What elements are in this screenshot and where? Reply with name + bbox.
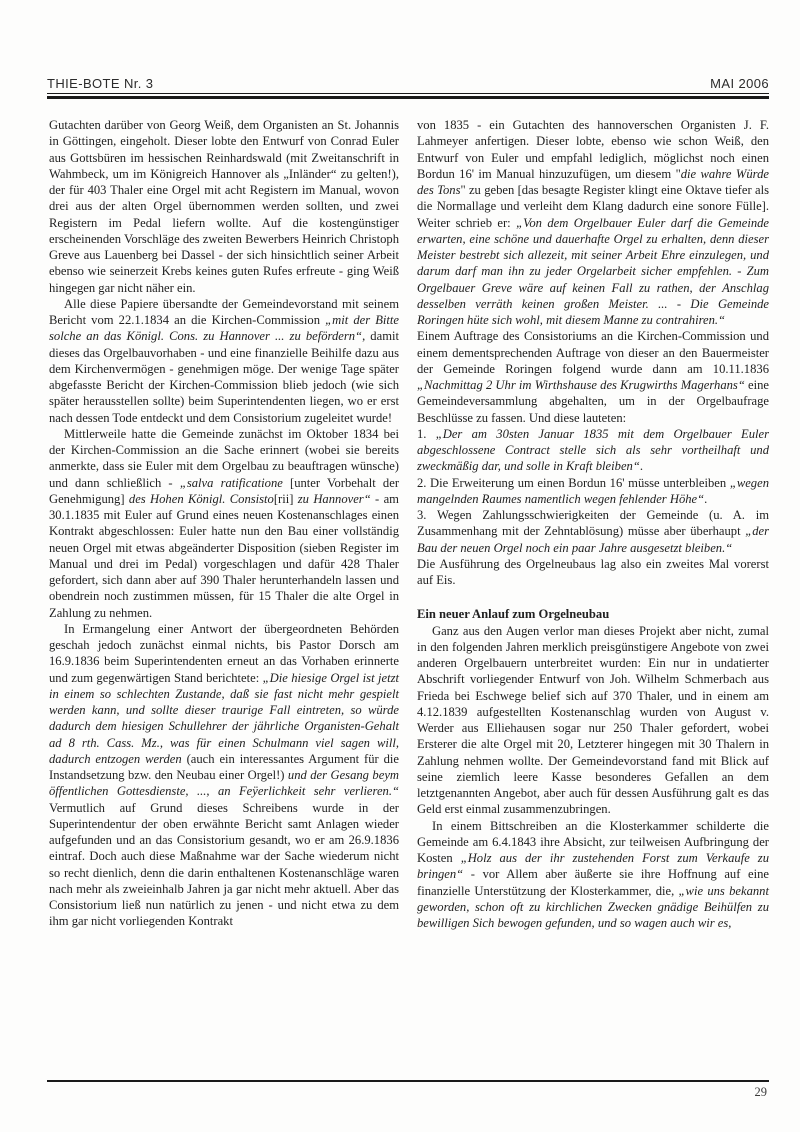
quoted-italic-text: „Der am 30sten Januar 1835 mit dem Orgel… — [417, 427, 769, 474]
body-text: 3. Wegen Zahlungsschwierigkeiten der Gem… — [417, 508, 769, 538]
body-text: 2. Die Erweiterung um einen Bordun 16' m… — [417, 476, 730, 490]
body-paragraph: 2. Die Erweiterung um einen Bordun 16' m… — [417, 475, 769, 508]
body-text: . — [640, 459, 643, 473]
header-rule-thin — [47, 93, 769, 94]
quoted-italic-text: zu Hannover“ — [293, 492, 370, 506]
scanned-document-page: THIE-BOTE Nr. 3 MAI 2006 Gutachten darüb… — [0, 0, 800, 1132]
body-paragraph: 3. Wegen Zahlungsschwierigkeiten der Gem… — [417, 507, 769, 556]
page-number: 29 — [755, 1085, 768, 1100]
body-paragraph: von 1835 - ein Gutachten des hannoversch… — [417, 117, 769, 328]
body-paragraph: Gutachten darüber von Georg Weiß, dem Or… — [49, 117, 399, 296]
issue-date: MAI 2006 — [710, 76, 769, 91]
right-text-column: von 1835 - ein Gutachten des hannoversch… — [417, 117, 769, 931]
body-paragraph: Die Ausführung des Orgelneubaus lag also… — [417, 556, 769, 589]
quoted-italic-text: des Hohen Königl. Consisto — [129, 492, 274, 506]
body-text: 1. — [417, 427, 436, 441]
quoted-italic-text: „salva ratificatione — [180, 476, 283, 490]
body-text: Die Ausführung des Orgelneubaus lag also… — [417, 557, 769, 587]
body-text: - am 30.1.1835 mit Euler auf Grund eines… — [49, 492, 399, 620]
left-text-column: Gutachten darüber von Georg Weiß, dem Or… — [49, 117, 399, 930]
section-heading: Ein neuer Anlauf zum Orgelneubau — [417, 606, 769, 622]
body-text: , damit dieses das Orgelbauvorhaben - un… — [49, 329, 399, 424]
page-header: THIE-BOTE Nr. 3 MAI 2006 — [47, 76, 769, 91]
body-text: Einem Auftrage des Consistoriums an die … — [417, 329, 769, 376]
body-paragraph: Ganz aus den Augen verlor man dieses Pro… — [417, 623, 769, 818]
body-paragraph: In Ermangelung einer Antwort der übergeo… — [49, 621, 399, 930]
body-paragraph: In einem Bittschreiben an die Klosterkam… — [417, 818, 769, 932]
body-paragraph: 1. „Der am 30sten Januar 1835 mit dem Or… — [417, 426, 769, 475]
body-text: . — [704, 492, 707, 506]
journal-title: THIE-BOTE Nr. 3 — [47, 76, 153, 91]
body-paragraph: Mittlerweile hatte die Gemeinde zunächst… — [49, 426, 399, 621]
body-paragraph: Alle diese Papiere übersandte der Gemein… — [49, 296, 399, 426]
body-paragraph: Einem Auftrage des Consistoriums an die … — [417, 328, 769, 426]
body-text: Ein neuer Anlauf zum Orgelneubau — [417, 607, 609, 621]
body-text: Vermutlich auf Grund dieses Schreibens w… — [49, 801, 399, 929]
body-text: Gutachten darüber von Georg Weiß, dem Or… — [49, 118, 399, 295]
quoted-italic-text: „Von dem Orgelbauer Euler darf die Gemei… — [417, 216, 769, 328]
body-text: Ganz aus den Augen verlor man dieses Pro… — [417, 624, 769, 817]
body-text: [rii] — [274, 492, 294, 506]
footer-rule — [47, 1080, 769, 1082]
quoted-italic-text: „Nachmittag 2 Uhr im Wirthshause des Kru… — [417, 378, 745, 392]
header-rule-thick — [47, 96, 769, 99]
